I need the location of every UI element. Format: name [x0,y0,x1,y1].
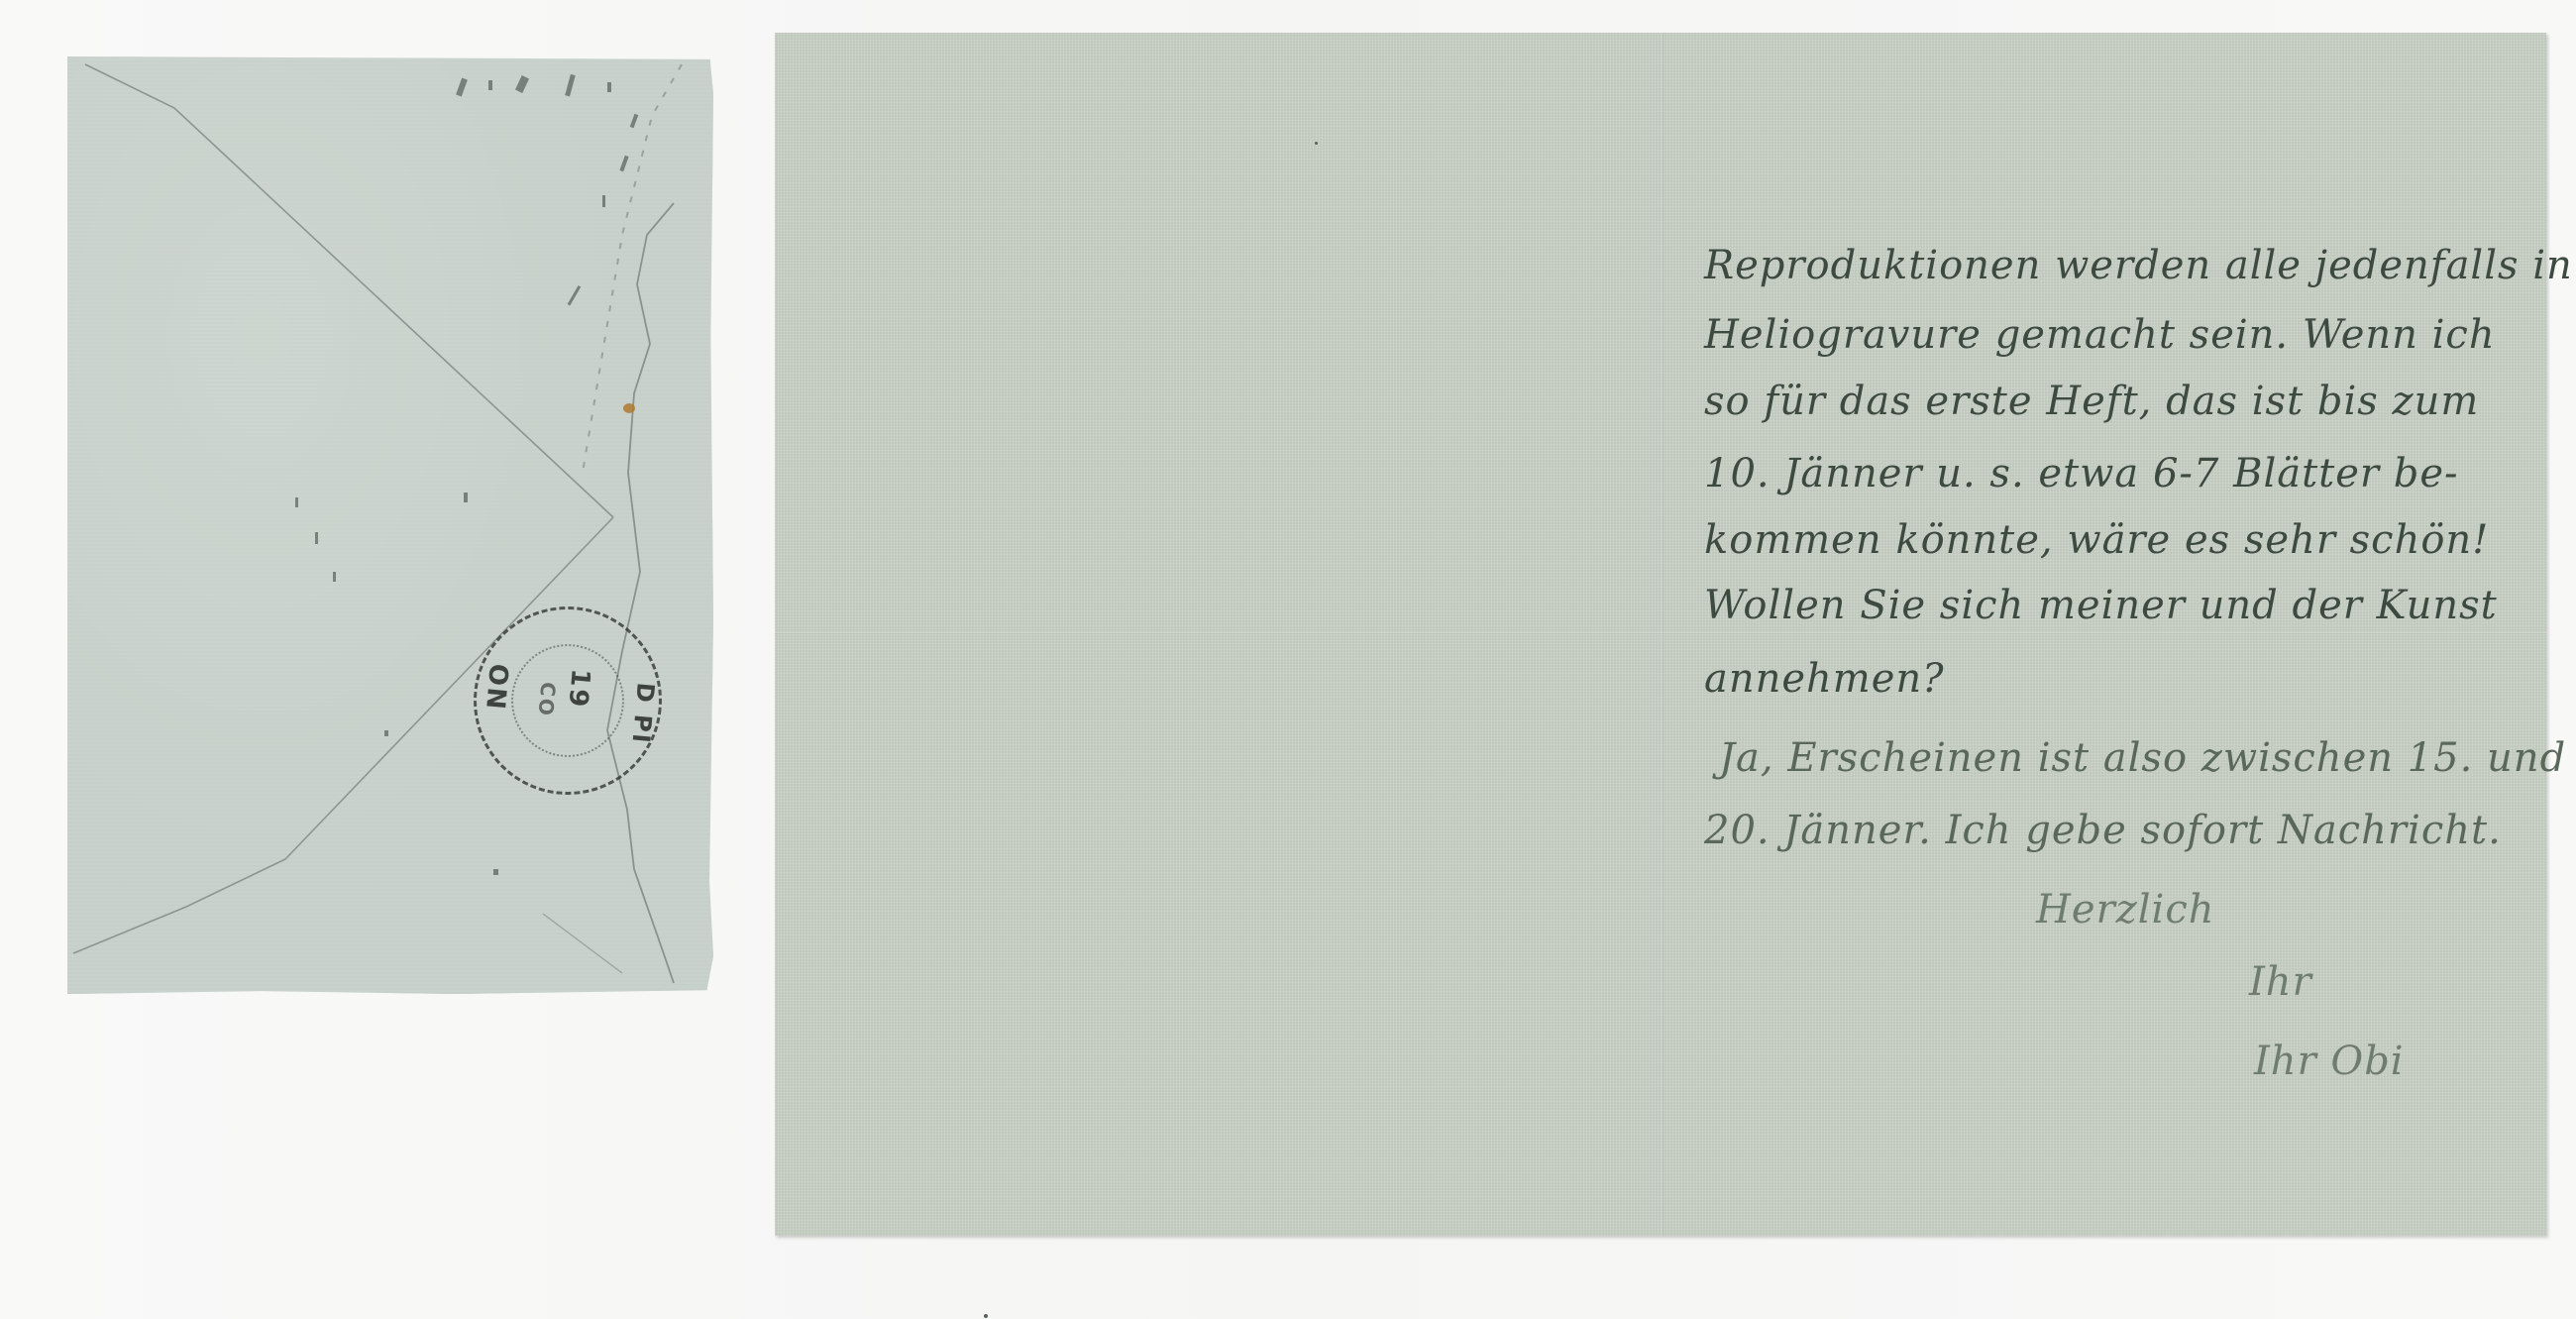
letter-salutation: Herzlich [2036,887,2215,933]
postmark-year: 19 [562,668,594,711]
rust-stain [623,403,635,413]
letter-line-7: annehmen? [1704,659,1945,699]
letter-right-page: Reproduktionen werden alle jedenfalls in… [1664,33,2546,1236]
postmark-stamp: D PI 19 CO NO [466,599,670,803]
background-speck [984,1314,988,1318]
letter-line-3: so für das erste Heft, das ist bis zum [1704,382,2479,421]
postmark-bottom-text: NO [483,661,516,711]
envelope-back: D PI 19 CO NO [67,56,713,994]
letter-line-8: Ja, Erscheinen ist also zwischen 15. und [1719,738,2566,778]
postmark-middle-text: CO [533,681,560,718]
letter-closing-ihr: Ihr [2249,959,2312,1005]
letter-sheet: Reproduktionen werden alle jedenfalls in… [775,33,2546,1236]
letter-signature: Ihr Obi [2254,1039,2405,1084]
letter-line-4: 10. Jänner u. s. etwa 6-7 Blätter be- [1704,454,2459,494]
letter-line-5: kommen könnte, wäre es sehr schön! [1704,520,2489,560]
letter-line-6: Wollen Sie sich meiner und der Kunst [1704,586,2498,625]
postmark-top-text: D PI [626,682,659,746]
letter-line-9: 20. Jänner. Ich gebe sofort Nachricht. [1704,811,2502,850]
paper-speck [1315,142,1318,145]
letter-line-1: Reproduktionen werden alle jedenfalls in [1704,246,2573,285]
envelope-flap-lines [67,56,713,994]
letter-line-2: Heliogravure gemacht sein. Wenn ich [1704,315,2496,355]
